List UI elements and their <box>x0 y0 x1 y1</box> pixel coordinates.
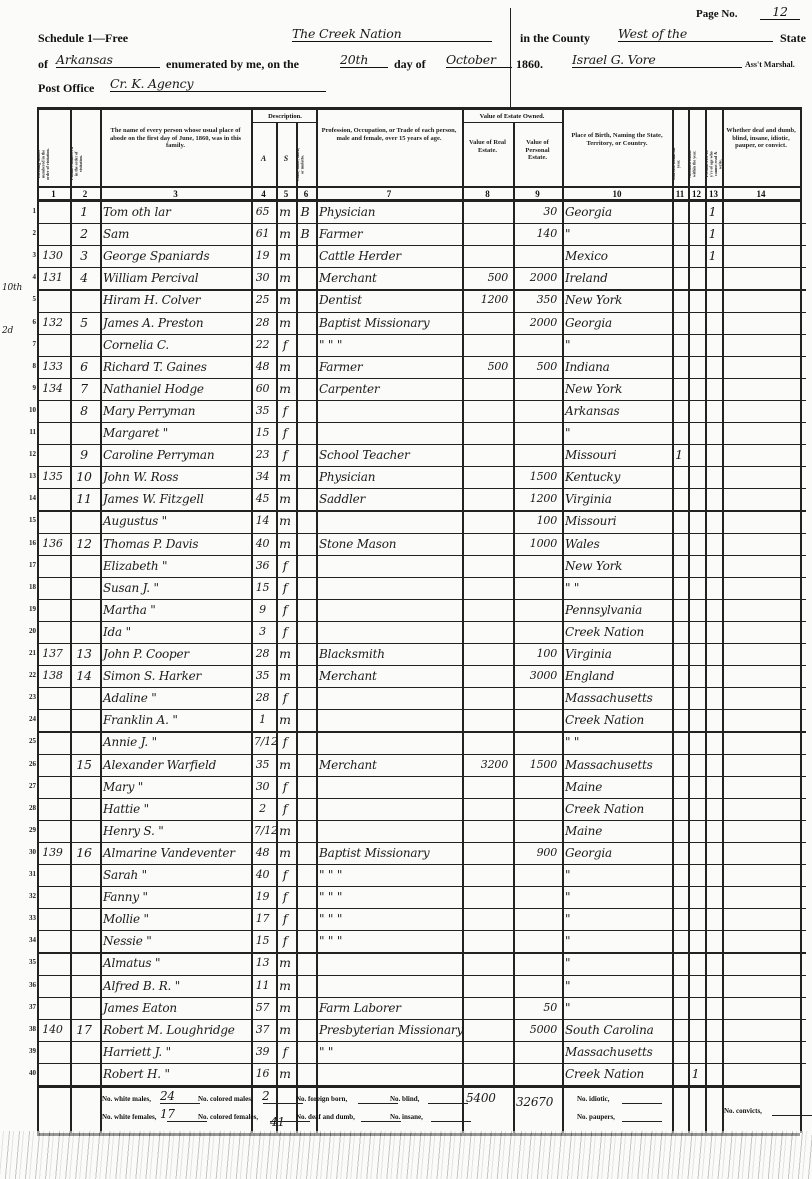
disability-note <box>725 1064 795 1084</box>
married-mark <box>675 777 683 797</box>
real-estate-value <box>465 313 508 333</box>
description-divider <box>251 122 316 123</box>
married-mark <box>675 401 683 421</box>
color <box>299 379 311 399</box>
married-mark <box>675 534 683 554</box>
person-name: Almarine Vandeventer <box>103 843 246 863</box>
age: 15 <box>254 423 271 443</box>
illiterate-mark <box>708 821 717 841</box>
illiterate-mark <box>708 445 717 465</box>
illiterate-mark <box>708 799 717 819</box>
dwelling-number <box>40 976 65 996</box>
dwelling-number <box>40 489 65 509</box>
dwelling-number <box>40 931 65 951</box>
color <box>299 931 311 951</box>
real-estate-value <box>465 379 508 399</box>
illiterate-mark <box>708 931 717 951</box>
sex: f <box>279 445 291 465</box>
family-number <box>73 1042 95 1062</box>
total-underline <box>263 1103 303 1104</box>
real-estate-value <box>465 401 508 421</box>
real-estate-value <box>465 335 508 355</box>
real-estate-value <box>465 467 508 487</box>
column-header: Profession, Occupation, or Trade of each… <box>319 127 459 142</box>
married-mark <box>675 953 683 973</box>
illiterate-mark <box>708 1042 717 1062</box>
colored-males-count: 2 <box>262 1089 269 1103</box>
disability-note <box>725 622 795 642</box>
age: 28 <box>254 688 271 708</box>
school-mark <box>691 511 700 531</box>
sex: m <box>279 246 291 266</box>
age: 28 <box>254 313 271 333</box>
column-number: 2 <box>70 188 100 200</box>
sex: m <box>279 511 291 531</box>
column-header: A <box>254 155 273 163</box>
age: 19 <box>254 887 271 907</box>
birthplace: " " <box>565 732 667 752</box>
occupation: Baptist Missionary <box>319 843 457 863</box>
married-mark <box>675 202 683 222</box>
personal-estate-value <box>516 600 557 620</box>
line-number: 20 <box>22 627 36 635</box>
sex: m <box>279 534 291 554</box>
occupation: Carpenter <box>319 379 457 399</box>
disability-note <box>725 755 795 775</box>
personal-estate-value: 100 <box>516 644 557 664</box>
personal-estate-value <box>516 622 557 642</box>
color <box>299 732 311 752</box>
illiterate-mark <box>708 976 717 996</box>
dwelling-number: 135 <box>40 467 65 487</box>
age: 19 <box>254 246 271 266</box>
illiterate-mark <box>708 843 717 863</box>
sex: f <box>279 865 291 885</box>
sex: m <box>279 290 291 310</box>
family-number: 17 <box>73 1020 95 1040</box>
occupation <box>319 732 457 752</box>
school-mark <box>691 732 700 752</box>
disability-note <box>725 489 795 509</box>
person-name: Simon S. Harker <box>103 666 246 686</box>
personal-estate-value: 350 <box>516 290 557 310</box>
person-name: Mary " <box>103 777 246 797</box>
color <box>299 777 311 797</box>
person-name: James Eaton <box>103 998 246 1018</box>
family-number <box>73 423 95 443</box>
dwelling-number: 138 <box>40 666 65 686</box>
family-number: 4 <box>73 268 95 288</box>
sex: f <box>279 556 291 576</box>
age: 7/12 <box>254 732 271 752</box>
married-mark <box>675 843 683 863</box>
occupation: Farm Laborer <box>319 998 457 1018</box>
sex: m <box>279 953 291 973</box>
person-name: Mary Perryman <box>103 401 246 421</box>
personal-estate-value <box>516 821 557 841</box>
margin-note: 10th <box>2 283 22 293</box>
colored-males-label: No. colored males, <box>198 1095 253 1103</box>
birthplace: Creek Nation <box>565 1064 667 1084</box>
page-number: 12 <box>760 4 800 20</box>
line-number: 23 <box>22 693 36 701</box>
color <box>299 622 311 642</box>
age: 14 <box>254 511 271 531</box>
birthplace: Maine <box>565 777 667 797</box>
dwelling-number <box>40 887 65 907</box>
dwelling-number <box>40 578 65 598</box>
married-mark <box>675 644 683 664</box>
line-number: 3 <box>22 251 36 259</box>
line-number: 25 <box>22 737 36 745</box>
birthplace: Missouri <box>565 445 667 465</box>
school-mark <box>691 843 700 863</box>
line-number: 36 <box>22 981 36 989</box>
real-estate-value: 500 <box>465 357 508 377</box>
illiterate-mark <box>708 578 717 598</box>
personal-estate-value: 140 <box>516 224 557 244</box>
real-estate-value <box>465 534 508 554</box>
disability-note <box>725 578 795 598</box>
illiterate-mark <box>708 887 717 907</box>
disability-note <box>725 710 795 730</box>
illiterate-mark <box>708 644 717 664</box>
married-mark <box>675 600 683 620</box>
line-number: 26 <box>22 760 36 768</box>
occupation <box>319 1064 457 1084</box>
line-number: 31 <box>22 870 36 878</box>
marshal-field: Israel G. Vore <box>572 52 742 68</box>
birthplace: Missouri <box>565 511 667 531</box>
dwelling-number: 140 <box>40 1020 65 1040</box>
personal-estate-value <box>516 578 557 598</box>
family-number <box>73 710 95 730</box>
person-name: Mollie " <box>103 909 246 929</box>
line-number: 12 <box>22 450 36 458</box>
dwelling-number <box>40 622 65 642</box>
family-number: 2 <box>73 224 95 244</box>
person-name: Ida " <box>103 622 246 642</box>
idiotic-label: No. idiotic, <box>577 1095 609 1103</box>
real-estate-value <box>465 909 508 929</box>
birthplace: " <box>565 887 667 907</box>
disability-note <box>725 865 795 885</box>
real-estate-value <box>465 202 508 222</box>
age: 40 <box>254 534 271 554</box>
total-underline <box>167 1121 207 1122</box>
disability-note <box>725 953 795 973</box>
dwelling-number: 139 <box>40 843 65 863</box>
disability-note <box>725 688 795 708</box>
occupation <box>319 821 457 841</box>
birthplace: Indiana <box>565 357 667 377</box>
dwelling-number: 132 <box>40 313 65 333</box>
age: 1 <box>254 710 271 730</box>
school-mark: 1 <box>691 1064 700 1084</box>
line-number: 8 <box>22 362 36 370</box>
dwelling-number: 131 <box>40 268 65 288</box>
person-name: Margaret " <box>103 423 246 443</box>
age: 22 <box>254 335 271 355</box>
family-number <box>73 578 95 598</box>
married-mark <box>675 732 683 752</box>
sex: m <box>279 666 291 686</box>
line-number: 15 <box>22 516 36 524</box>
dwelling-number: 137 <box>40 644 65 664</box>
real-estate-value <box>465 1020 508 1040</box>
person-name: Tom oth lar <box>103 202 246 222</box>
color <box>299 445 311 465</box>
personal-estate-value: 500 <box>516 357 557 377</box>
color: B <box>299 224 311 244</box>
dwelling-number <box>40 1064 65 1084</box>
person-name: James W. Fitzgell <box>103 489 246 509</box>
age: 30 <box>254 268 271 288</box>
illiterate-mark <box>708 556 717 576</box>
dwelling-number <box>40 710 65 730</box>
disability-note <box>725 909 795 929</box>
occupation <box>319 600 457 620</box>
age: 15 <box>254 578 271 598</box>
sex: f <box>279 777 291 797</box>
married-mark <box>675 511 683 531</box>
school-mark <box>691 909 700 929</box>
column-number: 1 <box>37 188 70 200</box>
disability-note <box>725 313 795 333</box>
real-estate-value <box>465 777 508 797</box>
school-mark <box>691 666 700 686</box>
real-estate-value <box>465 666 508 686</box>
school-mark <box>691 556 700 576</box>
person-name: Richard T. Gaines <box>103 357 246 377</box>
color <box>299 688 311 708</box>
family-number: 1 <box>73 202 95 222</box>
sex: m <box>279 268 291 288</box>
line-number: 34 <box>22 936 36 944</box>
family-number: 14 <box>73 666 95 686</box>
column-header: Persons over 20 y'rs of age who cannot r… <box>705 147 722 181</box>
illiterate-mark <box>708 290 717 310</box>
line-number: 24 <box>22 715 36 723</box>
personal-estate-value <box>516 887 557 907</box>
school-mark <box>691 445 700 465</box>
occupation <box>319 578 457 598</box>
age: 13 <box>254 953 271 973</box>
illiterate-mark <box>708 313 717 333</box>
column-header: The name of every person whose usual pla… <box>103 127 248 150</box>
disability-note <box>725 556 795 576</box>
line-number: 16 <box>22 539 36 547</box>
personal-estate-value <box>516 246 557 266</box>
family-number <box>73 622 95 642</box>
age: 36 <box>254 556 271 576</box>
birthplace: " <box>565 998 667 1018</box>
family-number: 9 <box>73 445 95 465</box>
person-name: William Percival <box>103 268 246 288</box>
total-underline <box>358 1103 398 1104</box>
color <box>299 1042 311 1062</box>
illiterate-mark <box>708 467 717 487</box>
disability-note <box>725 843 795 863</box>
illiterate-mark <box>708 401 717 421</box>
total-underline <box>772 1115 812 1116</box>
birthplace: New York <box>565 556 667 576</box>
line-number: 22 <box>22 671 36 679</box>
personal-estate-value <box>516 953 557 973</box>
dwelling-number <box>40 401 65 421</box>
sex: f <box>279 622 291 642</box>
school-mark <box>691 290 700 310</box>
birthplace: " <box>565 953 667 973</box>
sex: f <box>279 335 291 355</box>
married-mark <box>675 710 683 730</box>
illiterate-mark <box>708 732 717 752</box>
occupation <box>319 799 457 819</box>
paupers-label: No. paupers, <box>577 1113 615 1121</box>
real-estate-value <box>465 821 508 841</box>
color <box>299 489 311 509</box>
marshal-label: Ass't Marshal. <box>745 60 795 69</box>
real-estate-value <box>465 622 508 642</box>
birthplace: Massachusetts <box>565 688 667 708</box>
column-number: 8 <box>462 188 513 200</box>
occupation: Saddler <box>319 489 457 509</box>
line-number: 27 <box>22 782 36 790</box>
birthplace: " <box>565 931 667 951</box>
birthplace: England <box>565 666 667 686</box>
school-mark <box>691 953 700 973</box>
school-mark <box>691 246 700 266</box>
column-header: Dwelling-houses numbered in the order of… <box>37 147 70 181</box>
personal-estate-value: 30 <box>516 202 557 222</box>
illiterate-mark <box>708 379 717 399</box>
school-mark <box>691 976 700 996</box>
person-name: Alexander Warfield <box>103 755 246 775</box>
real-estate-value <box>465 843 508 863</box>
birthplace: Wales <box>565 534 667 554</box>
person-name: Hiram H. Colver <box>103 290 246 310</box>
occupation: Dentist <box>319 290 457 310</box>
disability-note <box>725 821 795 841</box>
family-number: 11 <box>73 489 95 509</box>
illiterate-mark: 1 <box>708 202 717 222</box>
dwelling-number <box>40 998 65 1018</box>
white-males-label: No. white males, <box>102 1095 151 1103</box>
personal-estate-value <box>516 1064 557 1084</box>
column-header: Color, white, black, or mulatto. <box>296 147 316 181</box>
sex: m <box>279 379 291 399</box>
personal-estate-value <box>516 777 557 797</box>
occupation: Physician <box>319 467 457 487</box>
dwelling-number <box>40 202 65 222</box>
column-number: 12 <box>688 188 705 200</box>
color <box>299 887 311 907</box>
column-header: Value of Real Estate. <box>465 139 510 154</box>
disability-note <box>725 931 795 951</box>
line-number: 28 <box>22 804 36 812</box>
column-header: Value of Personal Estate. <box>516 139 559 162</box>
real-estate-value <box>465 953 508 973</box>
schedule-label: Schedule 1—Free <box>38 31 128 46</box>
married-mark <box>675 1064 683 1084</box>
sex: f <box>279 1042 291 1062</box>
school-mark <box>691 202 700 222</box>
page-edge-damage <box>0 1131 812 1179</box>
personal-estate-value <box>516 710 557 730</box>
post-office-field: Cr. K. Agency <box>110 76 326 92</box>
total-underline <box>431 1121 471 1122</box>
person-name: Nessie " <box>103 931 246 951</box>
illiterate-mark <box>708 688 717 708</box>
occupation: Physician <box>319 202 457 222</box>
person-name: Annie J. " <box>103 732 246 752</box>
birthplace: Mexico <box>565 246 667 266</box>
column-number: 11 <box>672 188 688 200</box>
dwelling-number <box>40 688 65 708</box>
married-mark <box>675 799 683 819</box>
personal-estate-value <box>516 931 557 951</box>
real-estate-value: 3200 <box>465 755 508 775</box>
person-name: Elizabeth " <box>103 556 246 576</box>
total-underline <box>160 1103 200 1104</box>
column-number: 6 <box>296 188 316 200</box>
school-mark <box>691 644 700 664</box>
color <box>299 909 311 929</box>
personal-estate-value: 50 <box>516 998 557 1018</box>
school-mark <box>691 998 700 1018</box>
sex: m <box>279 821 291 841</box>
color <box>299 644 311 664</box>
person-name: Almatus " <box>103 953 246 973</box>
disability-note <box>725 246 795 266</box>
illiterate-mark <box>708 268 717 288</box>
line-number: 1 <box>22 207 36 215</box>
age: 35 <box>254 755 271 775</box>
in-the-county-label: in the County <box>520 31 590 46</box>
personal-estate-value: 2000 <box>516 313 557 333</box>
real-estate-value <box>465 600 508 620</box>
married-mark <box>675 755 683 775</box>
color <box>299 335 311 355</box>
line-number: 35 <box>22 958 36 966</box>
illiterate-mark <box>708 710 717 730</box>
real-estate-value <box>465 511 508 531</box>
sex: m <box>279 644 291 664</box>
personal-estate-value <box>516 401 557 421</box>
family-number <box>73 290 95 310</box>
occupation <box>319 976 457 996</box>
married-mark <box>675 313 683 333</box>
color <box>299 1020 311 1040</box>
illiterate-mark: 1 <box>708 246 717 266</box>
column-number: 10 <box>562 188 672 200</box>
line-number: 17 <box>22 561 36 569</box>
married-mark <box>675 290 683 310</box>
person-name: Henry S. " <box>103 821 246 841</box>
disability-note <box>725 976 795 996</box>
dwelling-number <box>40 953 65 973</box>
line-number: 30 <box>22 848 36 856</box>
disability-note <box>725 202 795 222</box>
age: 30 <box>254 777 271 797</box>
birthplace: Creek Nation <box>565 799 667 819</box>
birthplace: Ireland <box>565 268 667 288</box>
sex: m <box>279 1064 291 1084</box>
person-name: Adaline " <box>103 688 246 708</box>
real-estate-value <box>465 445 508 465</box>
illiterate-mark <box>708 865 717 885</box>
person-name: Cornelia C. <box>103 335 246 355</box>
